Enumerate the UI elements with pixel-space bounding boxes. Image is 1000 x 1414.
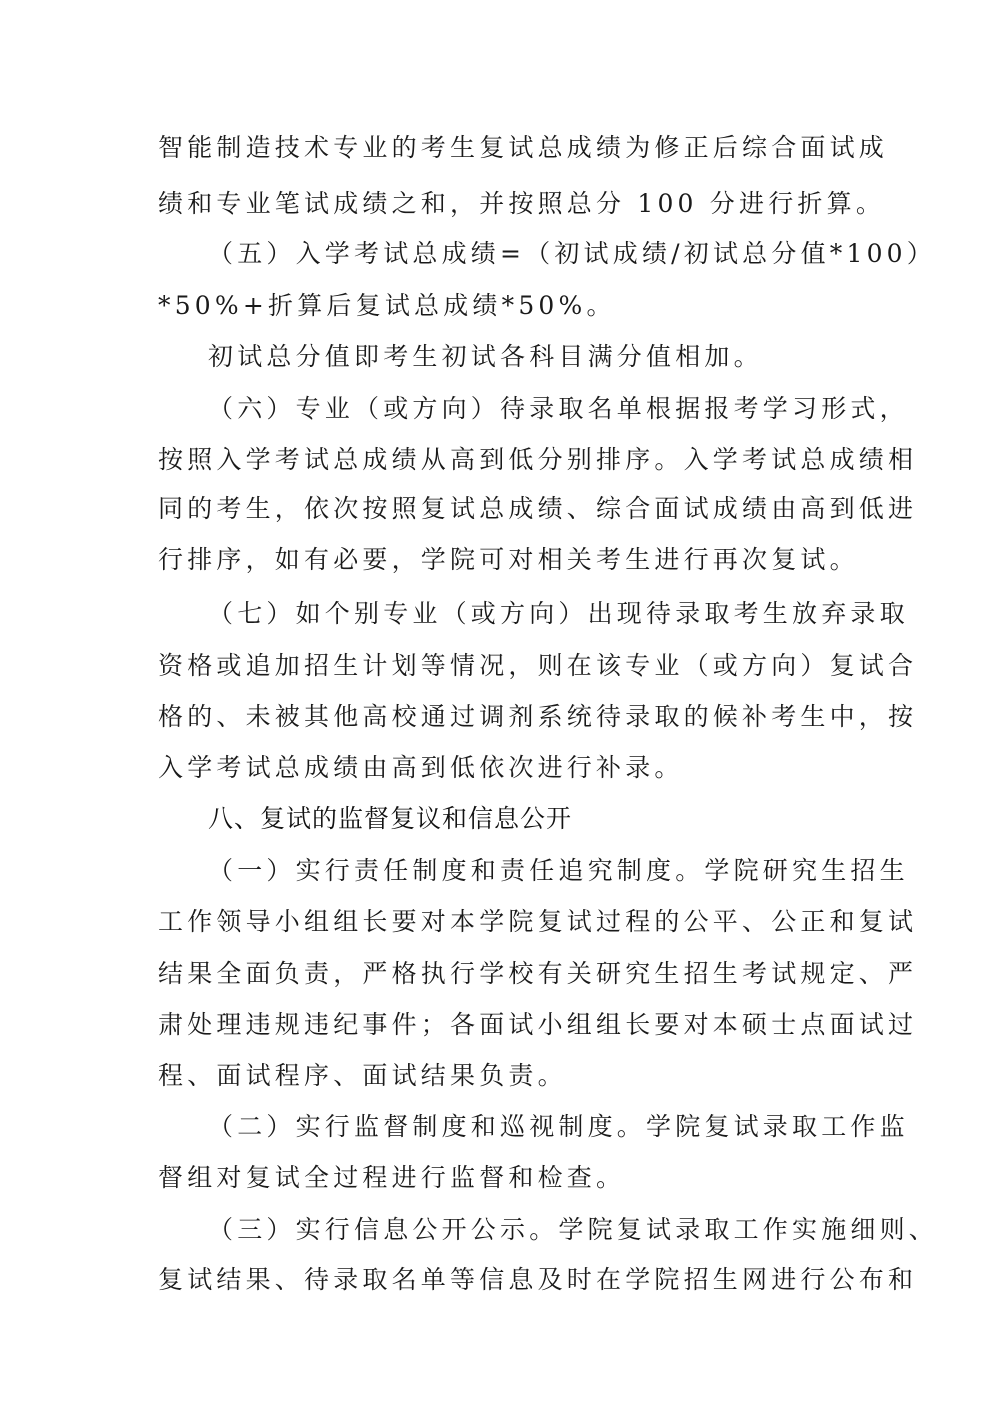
paragraph-line: 入学考试总成绩由高到低依次进行补录。 [158, 752, 848, 784]
document-page: 智能制造技术专业的考生复试总成绩为修正后综合面试成 绩和专业笔试成绩之和，并按照… [0, 0, 1000, 1414]
paragraph-line: 资格或追加招生计划等情况，则在该专业（或方向）复试合 [158, 650, 848, 682]
section-heading: 八、复试的监督复议和信息公开 [208, 803, 572, 835]
paragraph-line: 肃处理违规违纪事件；各面试小组组长要对本硕士点面试过 [158, 1009, 848, 1041]
paragraph-line: （七）如个别专业（或方向）出现待录取考生放弃录取 [208, 598, 848, 630]
paragraph-line: 绩和专业笔试成绩之和，并按照总分 100 分进行折算。 [158, 188, 848, 220]
paragraph-line: 同的考生，依次按照复试总成绩、综合面试成绩由高到低进 [158, 493, 848, 525]
paragraph-line: （五）入学考试总成绩=（初试成绩/初试总分值*100） [208, 238, 848, 270]
paragraph-line: 按照入学考试总成绩从高到低分别排序。入学考试总成绩相 [158, 444, 848, 476]
paragraph-line: 结果全面负责，严格执行学校有关研究生招生考试规定、严 [158, 958, 848, 990]
paragraph-line: 智能制造技术专业的考生复试总成绩为修正后综合面试成 [158, 132, 848, 164]
paragraph-line: 格的、未被其他高校通过调剂系统待录取的候补考生中，按 [158, 701, 848, 733]
paragraph-line: 行排序，如有必要，学院可对相关考生进行再次复试。 [158, 544, 848, 576]
paragraph-line: *50%+折算后复试总成绩*50%。 [158, 290, 848, 322]
paragraph-line: 程、面试程序、面试结果负责。 [158, 1060, 848, 1092]
paragraph-line: （六）专业（或方向）待录取名单根据报考学习形式， [208, 393, 848, 425]
paragraph-line: 初试总分值即考生初试各科目满分值相加。 [208, 341, 848, 373]
paragraph-line: （三）实行信息公开公示。学院复试录取工作实施细则、 [208, 1214, 848, 1246]
paragraph-line: （一）实行责任制度和责任追究制度。学院研究生招生 [208, 855, 848, 887]
paragraph-line: 督组对复试全过程进行监督和检查。 [158, 1162, 848, 1194]
paragraph-line: （二）实行监督制度和巡视制度。学院复试录取工作监 [208, 1111, 848, 1143]
paragraph-line: 工作领导小组组长要对本学院复试过程的公平、公正和复试 [158, 906, 848, 938]
paragraph-line: 复试结果、待录取名单等信息及时在学院招生网进行公布和 [158, 1264, 848, 1296]
